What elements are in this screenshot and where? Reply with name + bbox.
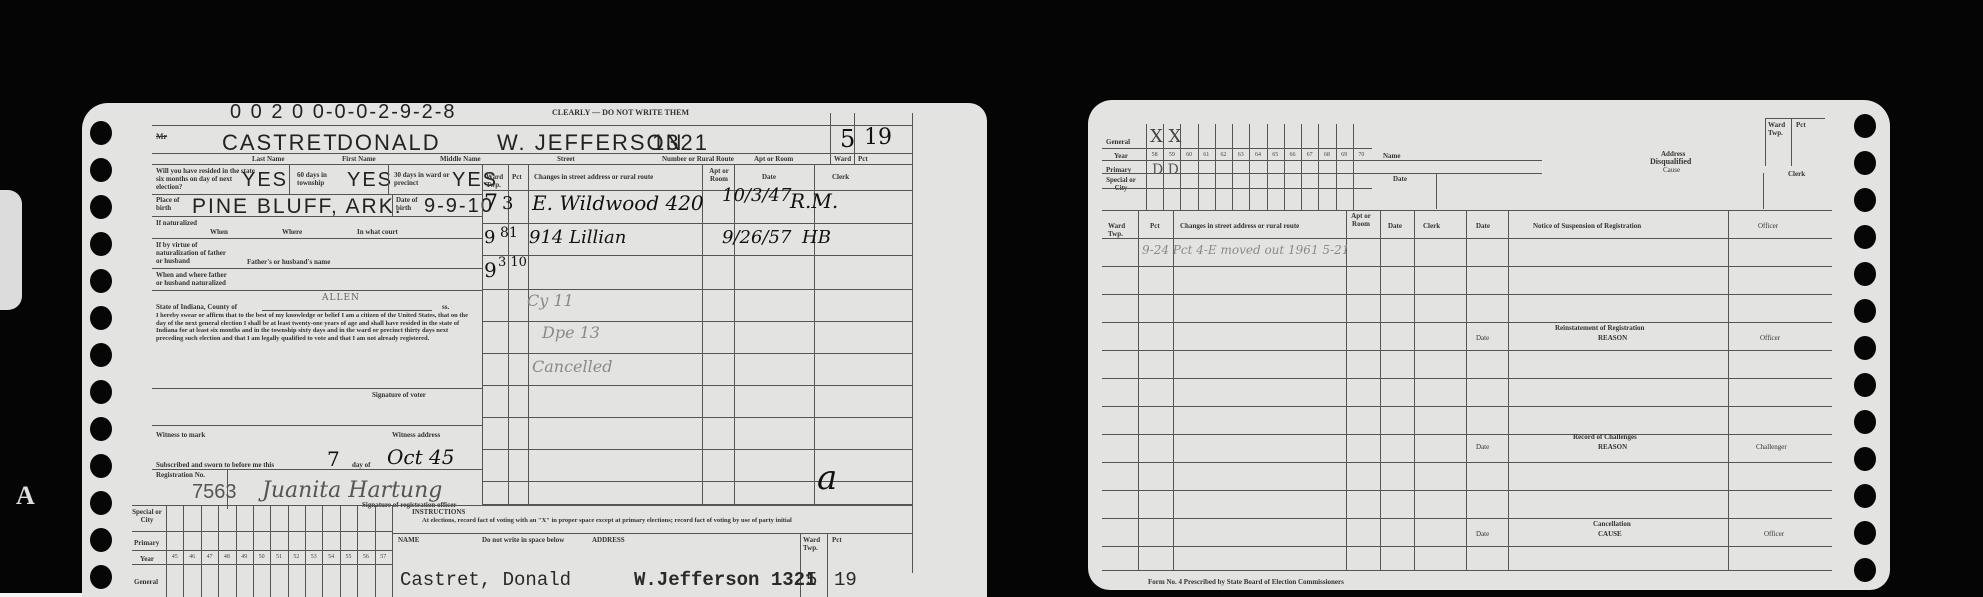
- back-name-label: Name: [1383, 152, 1401, 160]
- grid-line: [270, 505, 271, 597]
- back-cancellation-cause-label: CAUSE: [1598, 530, 1622, 538]
- punch-hole: [1854, 188, 1876, 212]
- back-reinstatement-reason-label: REASON: [1598, 334, 1627, 342]
- grid-line: [1198, 124, 1199, 210]
- state-county-label: State of Indiana, County of: [156, 303, 237, 311]
- grid-line: [1146, 124, 1147, 210]
- grid-line: [183, 505, 184, 597]
- back-special-city-label: Special or City: [1106, 176, 1136, 192]
- back-ward-twp-label: Ward Twp.: [1768, 121, 1790, 137]
- grid-line: [1353, 124, 1354, 210]
- punch-hole: [1854, 151, 1876, 175]
- voting-year-cell: 49: [236, 554, 253, 560]
- voting-year-cell: 54: [322, 554, 339, 560]
- faint-note-2: Dpe 13: [542, 323, 600, 342]
- last-name-label: Last Name: [252, 155, 284, 163]
- grid-line: [236, 505, 237, 597]
- back-disqualified-label: Disqualified: [1650, 158, 1691, 166]
- back-cancellation-date-label: Date: [1476, 530, 1489, 538]
- grid-line: [1336, 124, 1337, 210]
- voting-year-cell: 51: [270, 554, 287, 560]
- voting-year-cell: 65: [1267, 152, 1284, 158]
- subscribed-day-value: 7: [327, 447, 340, 471]
- back-date-label-3: Date: [1476, 222, 1490, 230]
- date-of-birth-label: Date of birth: [396, 196, 424, 212]
- days-ward-label: 30 days in ward or precinct: [394, 171, 454, 187]
- registration-no-label: Registration No.: [156, 471, 205, 479]
- punch-hole: [1854, 373, 1876, 397]
- faint-note-1: Cy 11: [527, 291, 574, 310]
- grid-line: [340, 505, 341, 597]
- pct-label: Pct: [858, 155, 868, 163]
- grid-line: [288, 505, 289, 597]
- voting-year-cell: 48: [218, 554, 235, 560]
- voting-year-cell: 55: [340, 554, 357, 560]
- in-what-court-label: In what court: [357, 228, 398, 236]
- number-label: Number or Rural Route: [662, 155, 734, 163]
- grid-line: [201, 505, 202, 597]
- back-record-challenges-label: Record of Challenges: [1573, 433, 1637, 441]
- changes-address-label: Changes in street address or rural route: [534, 173, 653, 181]
- change-2-address: 914 Lillian: [529, 227, 626, 248]
- when-where-father-label: When and where father or husband natural…: [156, 271, 231, 287]
- punch-hole: [90, 491, 112, 515]
- back-clerk-label-2: Clerk: [1423, 222, 1440, 230]
- registration-card-front: 0 0 2 0 0-0-0-2-9-2-8 CLEARLY — DO NOT W…: [82, 103, 987, 597]
- oath-text: I hereby swear or affirm that to the bes…: [156, 312, 476, 342]
- back-faint-change-entry: 9-24 Pct 4-E moved out 1961 5-21: [1142, 243, 1349, 257]
- subscribed-month-year: Oct 45: [387, 445, 454, 469]
- year-label: Year: [140, 555, 154, 563]
- general-label: General: [134, 578, 158, 586]
- apt-room-label: Apt or Room: [754, 155, 793, 163]
- voting-year-cell: 67: [1301, 152, 1318, 158]
- grid-line: [357, 505, 358, 597]
- back-pct-label: Pct: [1150, 222, 1160, 230]
- when-label: When: [210, 228, 228, 236]
- back-pct-label-top: Pct: [1796, 121, 1806, 129]
- punch-hole: [1854, 225, 1876, 249]
- change-1-ward: 7: [484, 191, 498, 216]
- instructions-text: At elections, record fact of voting with…: [422, 517, 892, 525]
- punch-hole: [90, 158, 112, 182]
- corner-mark: a: [817, 458, 837, 498]
- voting-year-cell: 66: [1284, 152, 1301, 158]
- day-of-label: day of: [352, 461, 370, 469]
- scanner-edge-artifact: [0, 190, 22, 310]
- back-officer-label: Officer: [1758, 222, 1778, 230]
- punch-hole: [90, 269, 112, 293]
- punch-hole: [90, 565, 112, 589]
- subscribed-label: Subscribed and sworn to before me this: [156, 461, 274, 469]
- back-clerk-label: Clerk: [1788, 170, 1805, 178]
- punch-hole: [90, 380, 112, 404]
- change-2-clerk: HB: [802, 227, 831, 248]
- punch-hole: [1854, 484, 1876, 508]
- typed-name: Castret, Donald: [400, 569, 571, 591]
- back-cancellation-label: Cancellation: [1593, 520, 1631, 528]
- virtue-naturalization-label: If by virtue of naturalization of father…: [156, 241, 226, 265]
- naturalized-label: If naturalized: [156, 219, 201, 227]
- voting-year-cell: 58: [1146, 152, 1163, 158]
- ss-label: ss.: [442, 303, 449, 311]
- voting-year-cell: 50: [253, 554, 270, 560]
- change-1-pct: 3: [502, 193, 513, 214]
- voting-year-cell: 46: [183, 554, 200, 560]
- grid-line: [253, 505, 254, 597]
- front-voting-year-grid: 45464748495051525354555657: [166, 505, 392, 597]
- back-notice-suspension-label: Notice of Suspension of Registration: [1533, 222, 1641, 230]
- resided-state-label: Will you have resided in the state six m…: [156, 167, 256, 191]
- faint-note-3: Cancelled: [532, 357, 612, 376]
- where-label: Where: [282, 228, 302, 236]
- side-letter: A: [16, 481, 35, 511]
- voting-year-cell: 60: [1180, 152, 1197, 158]
- voting-year-cell: 53: [305, 554, 322, 560]
- punch-hole: [1854, 447, 1876, 471]
- punch-hole: [1854, 558, 1876, 582]
- grid-line: [166, 505, 167, 597]
- punch-hole: [1854, 114, 1876, 138]
- voting-year-cell: 69: [1336, 152, 1353, 158]
- voting-year-cell: 70: [1353, 152, 1370, 158]
- voting-year-cell: 64: [1249, 152, 1266, 158]
- pct-label-bottom: Pct: [832, 536, 842, 544]
- registration-number: 7563: [192, 481, 237, 504]
- change-3-ward: 9: [484, 258, 497, 282]
- primary-label: Primary: [134, 539, 159, 547]
- pct-top-value: 19: [864, 125, 892, 150]
- change-1-clerk: R.M.: [790, 189, 838, 213]
- voting-year-cell: 61: [1198, 152, 1215, 158]
- punch-hole: [90, 232, 112, 256]
- middle-name-label: Middle Name: [440, 155, 481, 163]
- pct-label-changes: Pct: [512, 173, 522, 181]
- signature-voter-label: Signature of voter: [372, 391, 426, 399]
- back-primary-marks: D D: [1152, 162, 1179, 178]
- back-cancellation-officer-label: Officer: [1764, 530, 1784, 538]
- do-not-write-label: Do not write in space below: [482, 536, 564, 544]
- back-apt-room-label: Apt or Room: [1348, 212, 1374, 228]
- grid-line: [375, 505, 376, 597]
- grid-line: [218, 505, 219, 597]
- first-name-label: First Name: [342, 155, 376, 163]
- punch-hole: [1854, 336, 1876, 360]
- grid-line: [1301, 124, 1302, 210]
- name-label-bottom: NAME: [398, 536, 419, 544]
- resided-state-answer: YES: [242, 169, 288, 192]
- typed-address: W.Jefferson 1321: [634, 569, 816, 591]
- punch-hole: [90, 528, 112, 552]
- back-challenge-reason-label: REASON: [1598, 443, 1627, 451]
- title-prefix: Mr: [156, 133, 167, 141]
- grid-line: [322, 505, 323, 597]
- voting-year-cell: 47: [201, 554, 218, 560]
- voting-year-cell: 52: [288, 554, 305, 560]
- days-township-label: 60 days in township: [297, 171, 342, 187]
- change-2-date: 9/26/57: [722, 227, 791, 248]
- county-value: ALLEN: [322, 293, 360, 303]
- punch-hole: [1854, 262, 1876, 286]
- change-1-date: 10/3/47: [722, 185, 791, 206]
- serial-number: 0 0 2 0 0-0-0-2-9-2-8: [230, 101, 457, 124]
- back-challenger-label: Challenger: [1756, 443, 1787, 451]
- back-ward-twp-label-2: Ward Twp.: [1108, 222, 1130, 238]
- punch-hole: [90, 417, 112, 441]
- voting-year-cell: 59: [1163, 152, 1180, 158]
- change-3-pct: 3 10: [498, 255, 527, 270]
- punch-hole: [1854, 521, 1876, 545]
- voting-year-cell: 45: [166, 554, 183, 560]
- back-reinstatement-officer-label: Officer: [1760, 334, 1780, 342]
- punch-hole: [90, 343, 112, 367]
- grid-line: [1232, 124, 1233, 210]
- witness-mark-label: Witness to mark: [156, 431, 205, 439]
- address-label-bottom: ADDRESS: [592, 536, 625, 544]
- voting-year-cell: 68: [1318, 152, 1335, 158]
- header-instruction: CLEARLY — DO NOT WRITE THEM: [552, 109, 689, 117]
- back-date-label-2: Date: [1388, 222, 1402, 230]
- voting-year-cell: 63: [1232, 152, 1249, 158]
- back-general-marks: X X: [1150, 126, 1181, 147]
- punch-hole: [90, 195, 112, 219]
- back-challenge-date-label: Date: [1476, 443, 1489, 451]
- days-township-answer: YES: [347, 169, 393, 192]
- grid-line: [1267, 124, 1268, 210]
- clerk-label-changes: Clerk: [832, 173, 849, 181]
- registration-card-back: General Year Primary Special or City 585…: [1088, 100, 1890, 590]
- street-label: Street: [557, 155, 575, 163]
- back-form-footer: Form No. 4 Prescribed by State Board of …: [1148, 578, 1344, 586]
- typed-pct: 19: [834, 569, 857, 591]
- ward-label: Ward: [834, 155, 851, 163]
- officer-signature: Juanita Hartung: [262, 478, 442, 503]
- change-2-ward: 9: [484, 227, 495, 248]
- back-year-label: Year: [1114, 152, 1128, 160]
- voting-year-cell: 56: [357, 554, 374, 560]
- date-label-changes: Date: [762, 173, 776, 181]
- special-city-label: Special or City: [132, 508, 162, 524]
- place-of-birth-label: Place of birth: [156, 196, 186, 212]
- witness-address-label: Witness address: [392, 431, 440, 439]
- grid-line: [1215, 124, 1216, 210]
- grid-line: [1318, 124, 1319, 210]
- back-cause-label: Cause: [1663, 166, 1680, 174]
- punch-hole: [1854, 299, 1876, 323]
- punch-hole: [90, 454, 112, 478]
- punch-hole: [1854, 410, 1876, 434]
- grid-line: [1284, 124, 1285, 210]
- apt-room-label-changes: Apt or Room: [706, 167, 732, 183]
- grid-line: [1249, 124, 1250, 210]
- instructions-title: INSTRUCTIONS: [412, 508, 465, 516]
- voting-year-cell: 57: [375, 554, 392, 560]
- ward-label-bottom: Ward Twp.: [803, 536, 823, 552]
- punch-hole: [90, 306, 112, 330]
- punch-hole: [90, 121, 112, 145]
- ward-twp-label: Ward Twp.: [486, 173, 508, 189]
- back-reinstatement-date-label: Date: [1476, 334, 1489, 342]
- back-date-label: Date: [1393, 175, 1407, 183]
- change-1-address: E. Wildwood 420: [532, 191, 704, 215]
- grid-line: [305, 505, 306, 597]
- typed-ward: 5: [806, 569, 817, 591]
- back-general-label: General: [1106, 138, 1130, 146]
- back-reinstatement-label: Reinstatement of Registration: [1555, 324, 1644, 332]
- back-changes-address-label: Changes in street address or rural route: [1180, 222, 1299, 230]
- ward-top-value: 5: [840, 125, 855, 153]
- voting-year-cell: 62: [1215, 152, 1232, 158]
- father-husband-name-label: Father's or husband's name: [247, 258, 330, 266]
- change-2-pct: 81: [500, 225, 518, 241]
